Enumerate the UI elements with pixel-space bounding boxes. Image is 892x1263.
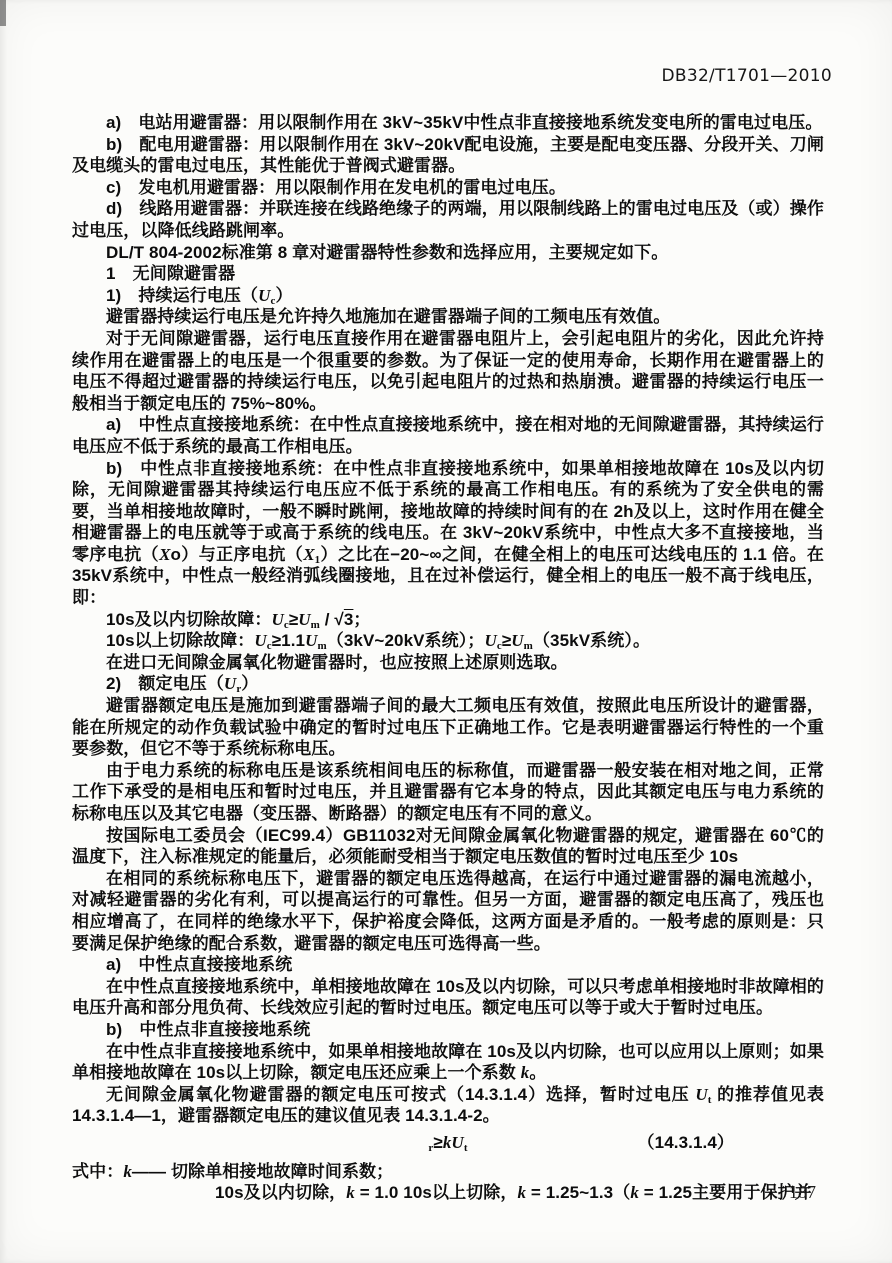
variable: U	[298, 610, 310, 629]
variable: U	[511, 631, 523, 650]
text-run: /	[320, 610, 334, 629]
text-run: 在中性点直接接地系统中，单相接地故障在 10s及以内切除，可以只考虑单相接地时非…	[72, 977, 824, 1018]
para-iec-gb-requirement: 按国际电工委员会（IEC99.4）GB11032对无间隙金属氧化物避雷器的规定，…	[72, 825, 824, 868]
text-run: 在中性点非直接接地系统中，如果单相接地故障在 10s及以内切除，也可以应用以上原…	[72, 1042, 824, 1083]
para-formula-reference: 无间隙金属氧化物避雷器的额定电压可按式（14.3.1.4）选择，暂时过电压 Ut…	[72, 1084, 824, 1127]
variable: U	[484, 631, 496, 650]
para-dlt-804-intro: DL/T 804-2002标准第 8 章对避雷器特性参数和选择应用，主要规定如下…	[72, 242, 824, 264]
text-run: 1) 持续运行电压（	[106, 286, 258, 305]
text-run: = 1.25主要用于保护并	[639, 1183, 812, 1202]
para-non-directly-grounded-rule: 在中性点非直接接地系统中，如果单相接地故障在 10s及以内切除，也可以应用以上原…	[72, 1041, 824, 1084]
text-run: 式中：	[72, 1162, 123, 1181]
para-rated-voltage-definition: 避雷器额定电压是施加到避雷器端子间的最大工频电压有效值，按照此电压所设计的避雷器…	[72, 695, 824, 760]
item-b-distribution-arrester: b) 配电用避雷器：用以限制作用在 3kV~20kV配电设施，主要是配电变压器、…	[72, 134, 824, 177]
para-fault-cleared-within-10s: 10s及以内切除故障：Uc≥Um / √3；	[72, 609, 824, 631]
scanned-document-page: DB32/T1701—2010 a) 电站用避雷器：用以限制作用在 3kV~35…	[0, 0, 892, 1263]
text-run: 对于无间隙避雷器，运行电压直接作用在避雷器电阻片上，会引起电阻片的劣化，因此允许…	[72, 329, 824, 413]
page-number: 187	[789, 1182, 816, 1203]
text-run: —— 切除单相接地故障时间系数；	[132, 1162, 393, 1181]
standard-number-header: DB32/T1701—2010	[661, 66, 832, 86]
scan-artifact	[0, 0, 6, 26]
variable: U	[254, 631, 266, 650]
text-run: = 1.25~1.3（	[526, 1183, 630, 1202]
text-run: 在进口无间隙金属氧化物避雷器时，也应按照上述原则选取。	[106, 653, 568, 672]
text-run: DL/T 804-2002标准第 8 章对避雷器特性参数和选择应用，主要规定如下…	[106, 243, 668, 262]
variable: kU	[443, 1133, 464, 1152]
text-run: 10s及以内切除，	[215, 1183, 346, 1202]
variable: k	[630, 1183, 639, 1202]
text-run: ）	[241, 674, 258, 693]
subscript: m	[318, 640, 327, 652]
text-run: （35kV系统）。	[533, 631, 650, 650]
para-imported-arrester: 在进口无间隙金属氧化物避雷器时，也应按照上述原则选取。	[72, 652, 824, 674]
variable: k	[123, 1162, 132, 1181]
subscript: m	[311, 619, 320, 631]
text-run: a) 电站用避雷器：用以限制作用在 3kV~35kV中性点非直接接地系统发变电所…	[106, 113, 822, 132]
variable: X	[159, 545, 170, 564]
text-run: ）与正序电抗（	[181, 545, 303, 564]
item-b-non-directly-grounded-system: b) 中性点非直接接地系统：在中性点非直接接地系统中，如果单相接地故障在 10s…	[72, 458, 824, 609]
equation-14-3-1-4: r≥kUt（14.3.1.4）	[72, 1132, 824, 1154]
variable: U	[271, 610, 283, 629]
text-run: 避雷器额定电压是施加到避雷器端子间的最大工频电压有效值，按照此电压所设计的避雷器…	[72, 696, 824, 758]
item-c-generator-arrester: c) 发电机用避雷器：用以限制作用在发电机的雷电过电压。	[72, 177, 824, 199]
sqrt-sign: √	[334, 610, 343, 629]
text-run: b) 配电用避雷器：用以限制作用在 3kV~20kV配电设施，主要是配电变压器、…	[72, 135, 824, 176]
para-cov-definition: 避雷器持续运行电压是允许持久地施加在避雷器端子间的工频电压有效值。	[72, 306, 824, 328]
subscript: m	[524, 640, 533, 652]
text-run: 。	[529, 1063, 546, 1082]
variable: U	[258, 286, 270, 305]
text-run: b) 中性点非直接接地系统	[106, 1020, 310, 1039]
text-run: = 1.0 10s以上切除，	[355, 1183, 518, 1202]
text-run: c) 发电机用避雷器：用以限制作用在发电机的雷电过电压。	[106, 178, 566, 197]
text-run: 无间隙金属氧化物避雷器的额定电压可按式（14.3.1.4）选择，暂时过电压	[106, 1085, 695, 1104]
text-run: 按国际电工委员会（IEC99.4）GB11032对无间隙金属氧化物避雷器的规定，…	[72, 826, 824, 867]
para-fault-cleared-over-10s: 10s以上切除故障：Uc≥1.1Um（3kV~20kV系统）；Uc≥Um（35k…	[72, 630, 824, 652]
variable: U	[224, 674, 236, 693]
text-run: ≥	[433, 1133, 442, 1152]
text-run: ≥	[502, 631, 511, 650]
text-run: 1 无间隙避雷器	[106, 264, 235, 283]
text-run: 避雷器持续运行电压是允许持久地施加在避雷器端子间的工频电压有效值。	[106, 307, 670, 326]
text-run: a) 中性点直接接地系统	[106, 955, 292, 974]
sqrt-value: 3	[344, 610, 354, 629]
para-cov-explanation: 对于无间隙避雷器，运行电压直接作用在避雷器电阻片上，会引起电阻片的劣化，因此允许…	[72, 328, 824, 414]
item-a-directly-grounded-system: a) 中性点直接接地系统：在中性点直接接地系统中，接在相对地的无间隙避雷器，其持…	[72, 414, 824, 457]
heading-continuous-operating-voltage: 1) 持续运行电压（Uc）	[72, 285, 824, 307]
variable: k	[517, 1183, 526, 1202]
text-run: ；	[353, 610, 370, 629]
variable: k	[346, 1183, 355, 1202]
variable: X	[303, 545, 314, 564]
item-a-station-arrester: a) 电站用避雷器：用以限制作用在 3kV~35kV中性点非直接接地系统发变电所…	[72, 112, 824, 134]
equation-number: （14.3.1.4）	[638, 1132, 734, 1154]
text-run: 2) 额定电压（	[106, 674, 224, 693]
text-run: ≥1.1	[272, 631, 305, 650]
text-run: ）	[276, 286, 293, 305]
para-nominal-voltage-difference: 由于电力系统的标称电压是该系统相间电压的标称值，而避雷器一般安装在相对地之间，正…	[72, 760, 824, 825]
variable: U	[305, 631, 317, 650]
document-body: a) 电站用避雷器：用以限制作用在 3kV~35kV中性点非直接接地系统发变电所…	[72, 112, 824, 1204]
heading-a-directly-grounded: a) 中性点直接接地系统	[72, 954, 824, 976]
para-where-k: 式中：k—— 切除单相接地故障时间系数；	[72, 1161, 824, 1183]
para-k-values: 10s及以内切除，k = 1.0 10s以上切除，k = 1.25~1.3（k …	[72, 1182, 824, 1204]
text-run: 由于电力系统的标称电压是该系统相间电压的标称值，而避雷器一般安装在相对地之间，正…	[72, 761, 824, 823]
heading-gapless-arrester: 1 无间隙避雷器	[72, 263, 824, 285]
heading-rated-voltage: 2) 额定电压（Ur）	[72, 673, 824, 695]
text-run: 10s以上切除故障：	[106, 631, 254, 650]
heading-b-non-directly-grounded: b) 中性点非直接接地系统	[72, 1019, 824, 1041]
variable: U	[695, 1085, 707, 1104]
text-run: ≥	[289, 610, 298, 629]
text-run: 10s及以内切除故障：	[106, 610, 271, 629]
text-run: d) 线路用避雷器：并联连接在线路绝缘子的两端，用以限制线路上的雷电过电压及（或…	[72, 199, 824, 240]
para-rated-voltage-tradeoff: 在相同的系统标称电压下，避雷器的额定电压选得越高，在运行中通过避雷器的漏电流越小…	[72, 868, 824, 954]
text-run: 在相同的系统标称电压下，避雷器的额定电压选得越高，在运行中通过避雷器的漏电流越小…	[72, 869, 824, 953]
text-run: a) 中性点直接接地系统：在中性点直接接地系统中，接在相对地的无间隙避雷器，其持…	[72, 415, 824, 456]
item-d-line-arrester: d) 线路用避雷器：并联连接在线路绝缘子的两端，用以限制线路上的雷电过电压及（或…	[72, 198, 824, 241]
para-directly-grounded-rule: 在中性点直接接地系统中，单相接地故障在 10s及以内切除，可以只考虑单相接地时非…	[72, 976, 824, 1019]
subscript: t	[464, 1142, 468, 1154]
text-run: o	[171, 545, 181, 564]
text-run: （3kV~20kV系统）；	[327, 631, 485, 650]
